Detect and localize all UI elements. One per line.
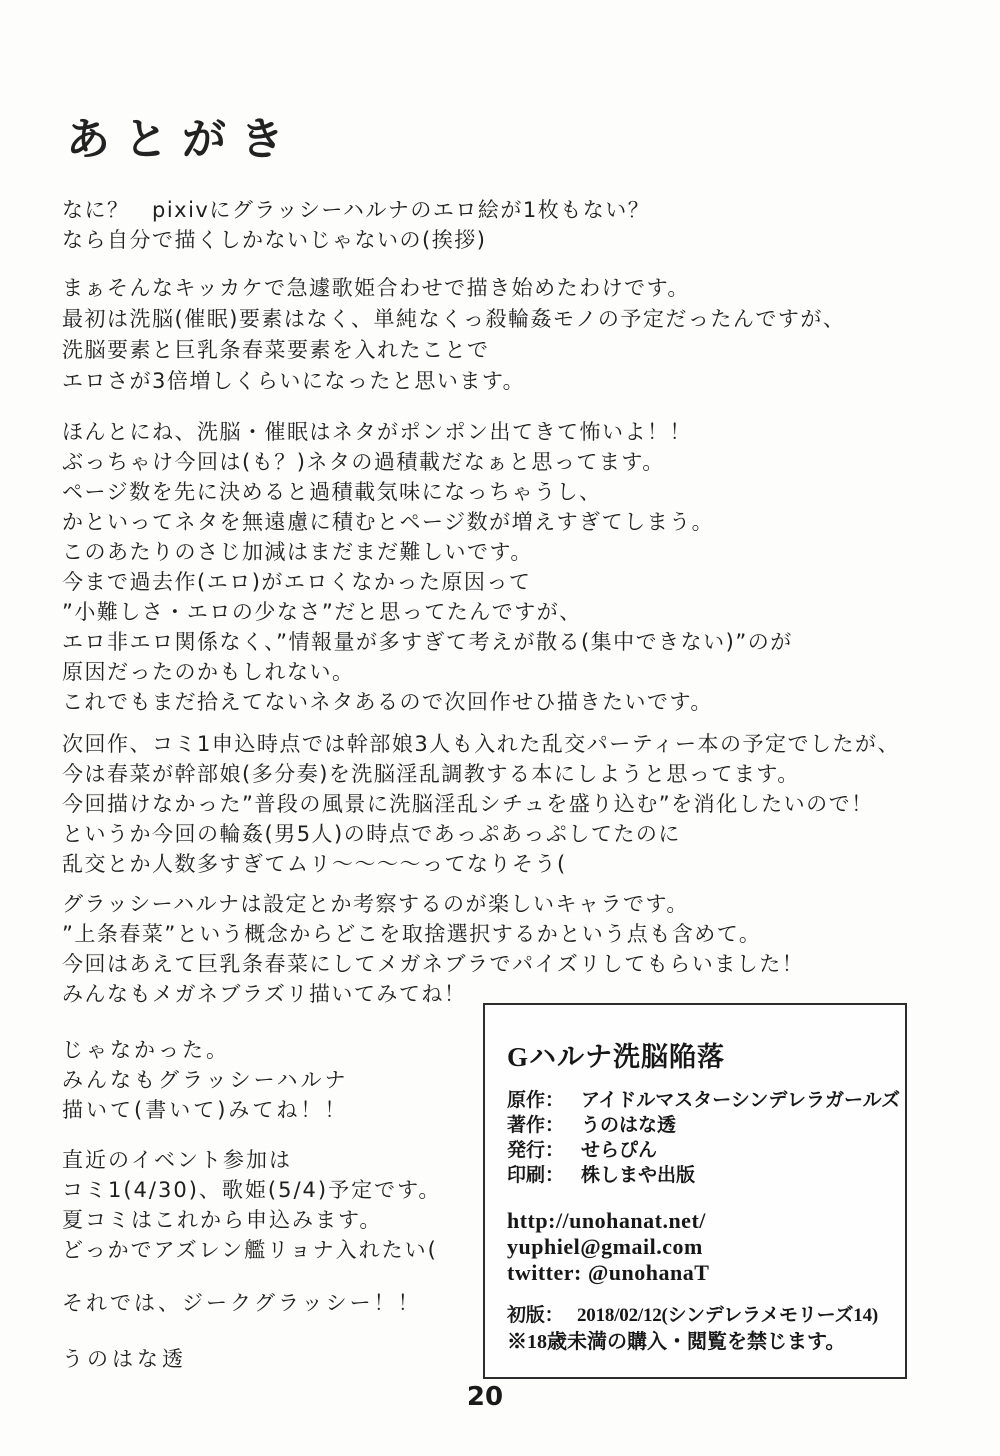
text-line: じゃなかった。	[62, 1035, 349, 1065]
text-line: 次回作、コミ1申込時点では幹部娘3人も入れた乱交パーティー本の予定でしたが、	[62, 729, 900, 759]
afterword-page: あとがき なに？ pixivにグラッシーハルナのエロ絵が1枚もない？なら自分で描…	[0, 0, 1000, 1456]
text-line: どっかでアズレン艦リョナ入れたい(	[62, 1235, 441, 1265]
text-line: みんなもグラッシーハルナ	[62, 1065, 349, 1095]
text-line: それでは、ジークグラッシー！！	[62, 1288, 422, 1318]
text-line: コミ1(4/30)、歌姫(5/4)予定です。	[62, 1175, 441, 1205]
credit-value: うのはな透	[581, 1113, 676, 1138]
text-line: ぶっちゃけ今回は(も？)ネタの過積載だなぁと思ってます。	[62, 447, 793, 477]
credit-label: 印刷：	[507, 1163, 581, 1188]
text-line: ”小難しさ・エロの少なさ”だと思ってたんですが、	[62, 597, 793, 627]
colophon-title: Gハルナ洗脳陥落	[507, 1035, 725, 1074]
text-line: ほんとにね、洗脳・催眠はネタがポンポン出てきて怖いよ！！	[62, 417, 793, 447]
afterword-paragraph-1: なに？ pixivにグラッシーハルナのエロ絵が1枚もない？なら自分で描くしかない…	[62, 195, 650, 255]
credit-value: アイドルマスターシンデレラガールズ	[581, 1088, 900, 1113]
text-line: 今回はあえて巨乳条春菜にしてメガネブラでパイズリしてもらいました！	[62, 949, 804, 979]
text-line: このあたりのさじ加減はまだまだ難しいです。	[62, 537, 793, 567]
credit-label: 発行：	[507, 1138, 581, 1163]
text-line: かといってネタを無遠慮に積むとページ数が増えすぎてしまう。	[62, 507, 793, 537]
edition-label: 初版：	[507, 1304, 577, 1328]
afterword-paragraph-2: まぁそんなキッカケで急遽歌姫合わせで描き始めたわけです。最初は洗脳(催眠)要素は…	[62, 273, 845, 397]
colophon-credits: 原作： アイドルマスターシンデレラガールズ 著作： うのはな透 発行： せらぴん…	[507, 1088, 900, 1188]
text-line: うのはな透	[62, 1344, 187, 1374]
edition-value: 2018/02/12(シンデレラメモリーズ14)	[577, 1304, 878, 1328]
text-line: というか今回の輪姦(男5人)の時点であっぷあっぷしてたのに	[62, 819, 900, 849]
twitter-handle: twitter: @unohanaT	[507, 1260, 709, 1286]
page-number: 20	[450, 1382, 520, 1412]
author-signature: うのはな透	[62, 1344, 187, 1374]
email-address: yuphiel@gmail.com	[507, 1234, 709, 1260]
colophon-box: Gハルナ洗脳陥落 原作： アイドルマスターシンデレラガールズ 著作： うのはな透…	[483, 1003, 907, 1379]
credit-row-original: 原作： アイドルマスターシンデレラガールズ	[507, 1088, 900, 1113]
text-line: 原因だったのかもしれない。	[62, 657, 793, 687]
text-line: なら自分で描くしかないじゃないの(挨拶)	[62, 225, 650, 255]
colophon-contacts: http://unohanat.net/ yuphiel@gmail.com t…	[507, 1208, 709, 1286]
text-line: 今まで過去作(エロ)がエロくなかった原因って	[62, 567, 793, 597]
credit-value: 株しまや出版	[581, 1163, 695, 1188]
afterword-paragraph-7: 直近のイベント参加はコミ1(4/30)、歌姫(5/4)予定です。夏コミはこれから…	[62, 1145, 441, 1265]
text-line: エロさが3倍増しくらいになったと思います。	[62, 366, 845, 397]
text-line: 洗脳要素と巨乳条春菜要素を入れたことで	[62, 335, 845, 366]
text-line: 直近のイベント参加は	[62, 1145, 441, 1175]
credit-row-publisher: 発行： せらぴん	[507, 1138, 900, 1163]
text-line: エロ非エロ関係なく、”情報量が多すぎて考えが散る(集中できない)”のが	[62, 627, 793, 657]
age-restriction-notice: ※18歳未満の購入・閲覧を禁じます。	[507, 1330, 878, 1355]
text-line: 夏コミはこれから申込みます。	[62, 1205, 441, 1235]
text-line: これでもまだ拾えてないネタあるので次回作せひ描きたいです。	[62, 687, 793, 717]
text-line: 今回描けなかった”普段の風景に洗脳淫乱シチュを盛り込む”を消化したいので！	[62, 789, 900, 819]
text-line: ”上条春菜”という概念からどこを取捨選択するかという点も含めて。	[62, 919, 804, 949]
text-line: 描いて(書いて)みてね！！	[62, 1095, 349, 1125]
text-line: まぁそんなキッカケで急遽歌姫合わせで描き始めたわけです。	[62, 273, 845, 304]
credit-row-author: 著作： うのはな透	[507, 1113, 900, 1138]
afterword-paragraph-4: 次回作、コミ1申込時点では幹部娘3人も入れた乱交パーティー本の予定でしたが、今は…	[62, 729, 900, 879]
first-edition-row: 初版： 2018/02/12(シンデレラメモリーズ14)	[507, 1304, 878, 1328]
credit-label: 著作：	[507, 1113, 581, 1138]
text-line: 乱交とか人数多すぎてムリ～～～～ってなりそう(	[62, 849, 900, 879]
text-line: なに？ pixivにグラッシーハルナのエロ絵が1枚もない？	[62, 195, 650, 225]
credit-value: せらぴん	[581, 1138, 657, 1163]
afterword-paragraph-3: ほんとにね、洗脳・催眠はネタがポンポン出てきて怖いよ！！ぶっちゃけ今回は(も？)…	[62, 417, 793, 717]
afterword-paragraph-6: じゃなかった。みんなもグラッシーハルナ描いて(書いて)みてね！！	[62, 1035, 349, 1125]
text-line: グラッシーハルナは設定とか考察するのが楽しいキャラです。	[62, 889, 804, 919]
text-line: 今は春菜が幹部娘(多分奏)を洗脳淫乱調教する本にしようと思ってます。	[62, 759, 900, 789]
afterword-closing-line: それでは、ジークグラッシー！！	[62, 1288, 422, 1318]
credit-row-printer: 印刷： 株しまや出版	[507, 1163, 900, 1188]
credit-label: 原作：	[507, 1088, 581, 1113]
page-title: あとがき	[66, 118, 298, 162]
afterword-paragraph-5: グラッシーハルナは設定とか考察するのが楽しいキャラです。”上条春菜”という概念か…	[62, 889, 804, 1009]
text-line: ページ数を先に決めると過積載気味になっちゃうし、	[62, 477, 793, 507]
edition-info: 初版： 2018/02/12(シンデレラメモリーズ14) ※18歳未満の購入・閲…	[507, 1304, 878, 1355]
website-url: http://unohanat.net/	[507, 1208, 709, 1234]
text-line: 最初は洗脳(催眠)要素はなく、単純なくっ殺輪姦モノの予定だったんですが、	[62, 304, 845, 335]
